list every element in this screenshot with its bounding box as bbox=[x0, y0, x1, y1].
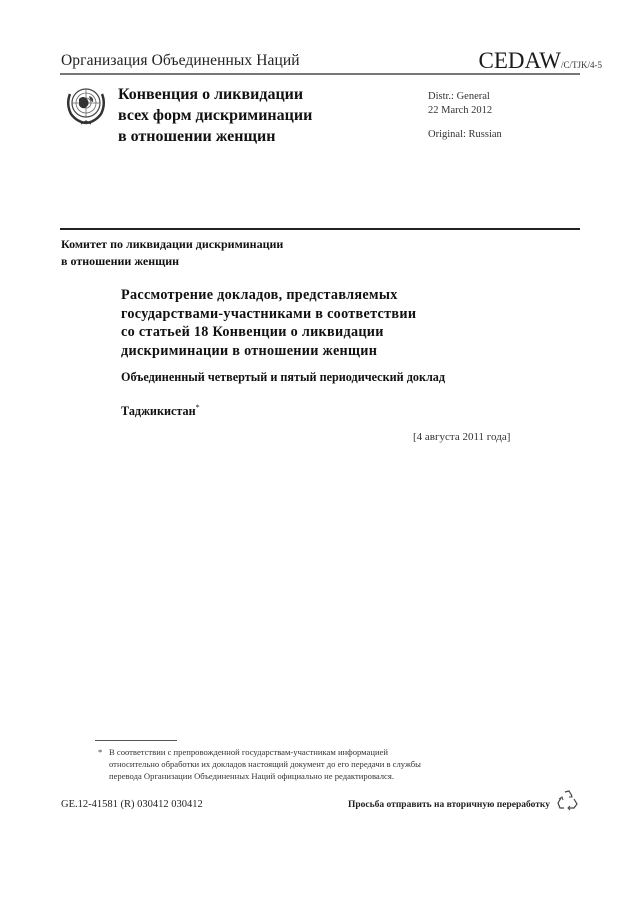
footnote-mark: * bbox=[98, 746, 102, 758]
convention-title-line: в отношении женщин bbox=[118, 126, 312, 147]
footnote-line: В соответствии с препровожденной государ… bbox=[109, 746, 518, 758]
footnote-reference[interactable]: * bbox=[196, 403, 200, 412]
document-title-line: государствами-участниками в соответствии bbox=[121, 305, 416, 324]
un-emblem-icon bbox=[63, 82, 109, 128]
recycle-icon bbox=[556, 788, 580, 812]
document-title-line: со статьей 18 Конвенции о ликвидации bbox=[121, 323, 416, 342]
header-divider bbox=[60, 73, 580, 75]
document-title: Рассмотрение докладов, представляемых го… bbox=[121, 286, 416, 360]
document-symbol: CEDAW/C/TJK/4-5 bbox=[479, 48, 603, 74]
committee-line: Комитет по ликвидации дискриминации bbox=[61, 236, 283, 253]
issue-date: 22 March 2012 bbox=[428, 104, 502, 118]
submission-date: [4 августа 2011 года] bbox=[413, 431, 510, 443]
committee-name: Комитет по ликвидации дискриминации в от… bbox=[61, 236, 283, 270]
report-subtitle: Объединенный четвертый и пятый периодиче… bbox=[121, 370, 445, 385]
country-name: Таджикистан* bbox=[121, 403, 200, 419]
document-number: GE.12-41581 (R) 030412 030412 bbox=[61, 799, 203, 810]
distribution: Distr.: General bbox=[428, 90, 502, 104]
committee-line: в отношении женщин bbox=[61, 253, 283, 270]
footnote-line: относительно обработки их докладов насто… bbox=[109, 758, 518, 770]
organization-name: Организация Объединенных Наций bbox=[61, 52, 300, 70]
country-label: Таджикистан bbox=[121, 404, 196, 418]
footnote-divider bbox=[95, 740, 177, 741]
convention-title-line: Конвенция о ликвидации bbox=[118, 84, 312, 105]
symbol-main: CEDAW bbox=[479, 48, 561, 73]
document-meta: Distr.: General 22 March 2012 Original: … bbox=[428, 90, 502, 142]
section-divider bbox=[60, 228, 580, 230]
footnote-line: перевода Организации Объединенных Наций … bbox=[109, 770, 518, 782]
convention-title: Конвенция о ликвидации всех форм дискрим… bbox=[118, 84, 312, 147]
document-title-line: Рассмотрение докладов, представляемых bbox=[121, 286, 416, 305]
convention-title-line: всех форм дискриминации bbox=[118, 105, 312, 126]
original-language: Original: Russian bbox=[428, 128, 502, 142]
document-title-line: дискриминации в отношении женщин bbox=[121, 342, 416, 361]
symbol-suffix: /C/TJK/4-5 bbox=[561, 60, 602, 70]
footnote: * В соответствии с препровожденной госуд… bbox=[98, 746, 518, 782]
recycle-notice: Просьба отправить на вторичную переработ… bbox=[348, 800, 550, 810]
